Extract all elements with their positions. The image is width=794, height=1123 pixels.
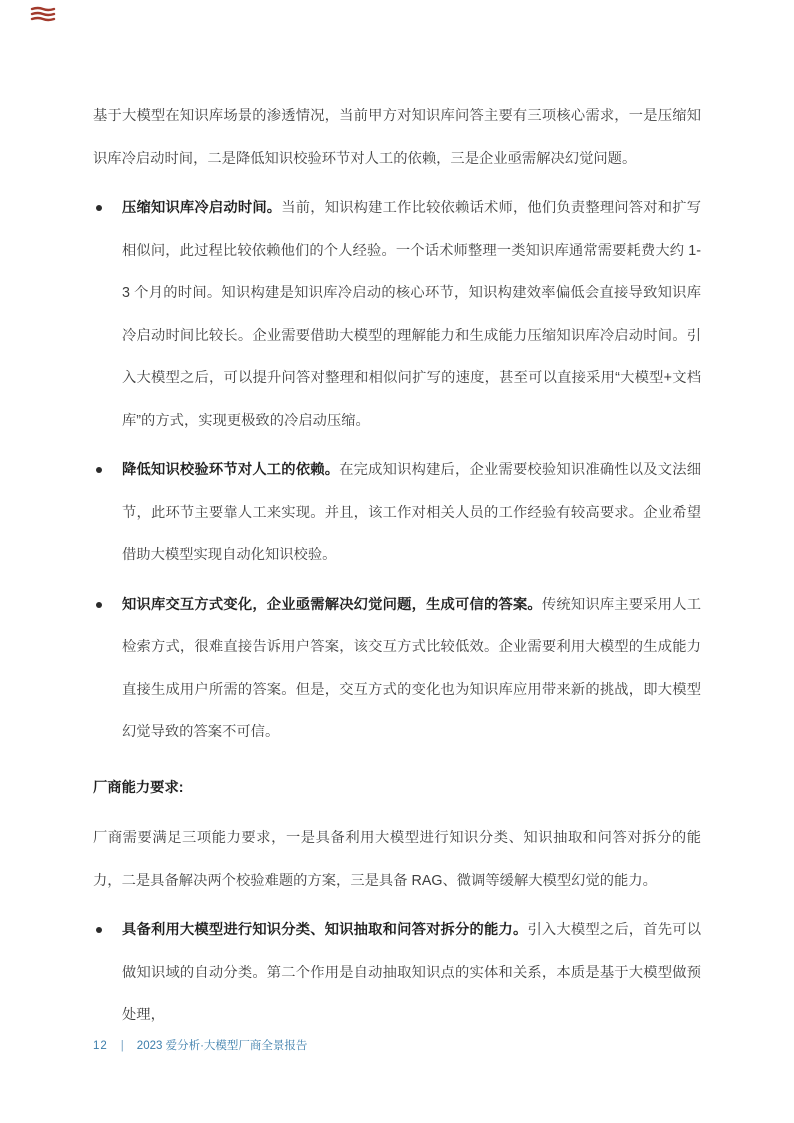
bullet-text: 当前，知识构建工作比较依赖话术师，他们负责整理问答对和扩写相似问，此过程比较依赖… <box>122 200 701 429</box>
page-number: 12 <box>93 1036 108 1056</box>
footer-separator: | <box>121 1036 124 1056</box>
bullet-lead: 降低知识校验环节对人工的依赖。 <box>122 462 339 478</box>
bullet-dot-icon <box>96 467 102 473</box>
demand-bullet-list: 压缩知识库冷启动时间。当前，知识构建工作比较依赖话术师，他们负责整理问答对和扩写… <box>93 187 701 754</box>
bullet-knowledge-classification: 具备利用大模型进行知识分类、知识抽取和问答对拆分的能力。引入大模型之后，首先可以… <box>93 909 701 1037</box>
bullet-lead: 具备利用大模型进行知识分类、知识抽取和问答对拆分的能力。 <box>122 922 527 938</box>
bullet-dot-icon <box>96 205 102 211</box>
footer-report-title: 2023 爱分析·大模型厂商全景报告 <box>137 1036 308 1056</box>
bullet-reduce-manual-check: 降低知识校验环节对人工的依赖。在完成知识构建后，企业需要校验知识准确性以及文法细… <box>93 449 701 577</box>
bullet-hallucination-problem: 知识库交互方式变化，企业亟需解决幻觉问题，生成可信的答案。传统知识库主要采用人工… <box>93 584 701 754</box>
bullet-text: 传统知识库主要采用人工检索方式，很难直接告诉用户答案，该交互方式比较低效。企业需… <box>122 597 701 741</box>
vendor-requirements-paragraph: 厂商需要满足三项能力要求，一是具备利用大模型进行知识分类、知识抽取和问答对拆分的… <box>93 817 701 902</box>
bullet-lead: 压缩知识库冷启动时间。 <box>122 200 281 216</box>
bullet-dot-icon <box>96 602 102 608</box>
bullet-lead: 知识库交互方式变化，企业亟需解决幻觉问题，生成可信的答案。 <box>122 597 542 613</box>
page-footer: 12 | 2023 爱分析·大模型厂商全景报告 <box>93 1036 307 1056</box>
bullet-dot-icon <box>96 927 102 933</box>
intro-paragraph: 基于大模型在知识库场景的渗透情况，当前甲方对知识库问答主要有三项核心需求，一是压… <box>93 95 701 180</box>
page-content: 基于大模型在知识库场景的渗透情况，当前甲方对知识库问答主要有三项核心需求，一是压… <box>93 95 701 1050</box>
capability-bullet-list: 具备利用大模型进行知识分类、知识抽取和问答对拆分的能力。引入大模型之后，首先可以… <box>93 909 701 1037</box>
bullet-compress-cold-start: 压缩知识库冷启动时间。当前，知识构建工作比较依赖话术师，他们负责整理问答对和扩写… <box>93 187 701 442</box>
report-page: 基于大模型在知识库场景的渗透情况，当前甲方对知识库问答主要有三项核心需求，一是压… <box>0 0 794 1123</box>
section-heading: 厂商能力要求: <box>93 767 701 810</box>
brand-logo-icon <box>30 6 56 22</box>
